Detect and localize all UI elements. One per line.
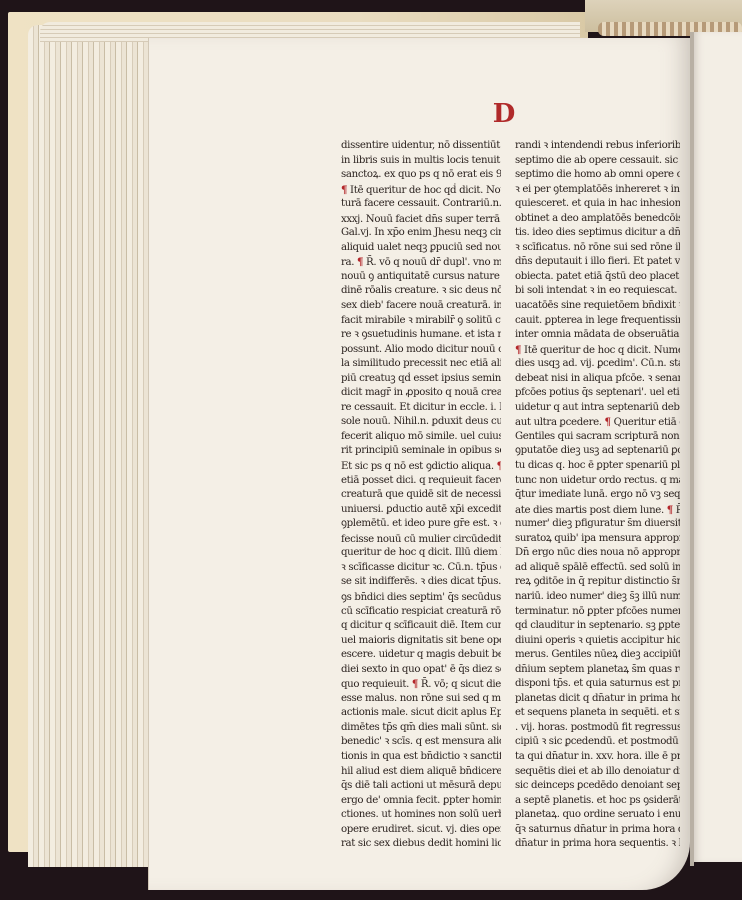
text-line: septimo die homo ab omni opere cessaret. [515,168,680,183]
text-line: piū creatuꝫ qḋ esset ipsius seminariū. E… [341,372,501,387]
text-line: uel maioris dignitatis sit bene operari … [341,634,501,649]
facing-page [694,32,742,862]
text-line: turā facere cessauit. Contrariū.n. dr̄ J… [341,197,501,212]
text-line: dn̄s deputauit i illo fieri. Et patet vi… [515,255,680,270]
page-stack-left [28,25,148,867]
text-line: dn̄atur in prima hora sequentis. ꝛ luna … [515,837,680,852]
text-line: diuini operis ꝛ quietis accipitur hic si… [515,634,680,649]
text-line: ꝛ scīficasse dicitur ꝛc. Cū.n. tp̄us q̄s… [341,561,501,576]
headline-initial: D [489,99,519,129]
text-line: dimētes tp̄s qm̄ dies mali sūnt. sic dic… [341,721,501,736]
text-line: cauit. ꝑpterea in lege frequentissime it… [515,314,680,329]
text-line: q̄tur imediate lunā. ergo nō vꝫ sequi im… [515,488,680,503]
text-line: ra. ¶ R̄. vō q nouū dr̄ dupl'. vno mō dr… [341,255,501,270]
pilcrow-rubric: ¶ [515,344,521,356]
text-line: disponi tp̄s. et quia saturnus est prim'… [515,677,680,692]
text-line: facit mirabile ꝛ mirabilr̄ ꝯ solitū curs… [341,314,501,329]
text-line: q̄s diē tali actioni ut mēsurā deputari.… [341,779,501,794]
text-line: hil aliud est diem aliquē bn̄dicere ꝛ sc… [341,765,501,780]
text-line: in libris suis in multis locis tenuit vi… [341,154,501,169]
text-line: nouū ꝯ antiquitatē cursus nature ꝛ ꝯsuet… [341,270,501,285]
text-line: inter omnia mādata de obseruātia sabbati… [515,328,680,343]
text-line: rit principiū seminale in opibus sex die… [341,444,501,459]
text-line: . vij. horas. postmodū fit regressus ad … [515,721,680,736]
page-edge [148,38,149,890]
book-photo-scene: D dissentire uidentur, nō dissentiūt. vn… [0,0,742,900]
text-line: planetaꝝ. quo ordine seruato i enumerādo [515,808,680,823]
text-line: escere. uidetur q magis debuit benedicer… [341,648,501,663]
text-line: a septē planetis. et hoc ps ꝯsiderāti or… [515,794,680,809]
text-line: tionis in qua est bn̄dictio ꝛ sanctifica… [341,750,501,765]
text-line: sequētis diei et ab illo denoiatur dies … [515,765,680,780]
pilcrow-rubric: ¶ [667,504,673,516]
text-line: rat sic sex diebus dedit homini licentiā… [341,837,501,852]
text-line: ctiones. ut homines non solū uerbo sꝫ et… [341,808,501,823]
text-line: opere erudiret. sicut. vj. dies operatus… [341,823,501,838]
text-line: diei sexto in quo opat' ē q̄s diez septi… [341,663,501,678]
text-line: sole nouū. Nihil.n. ꝑduxit deus cuius no… [341,415,501,430]
text-line: benedic' ꝛ scīs. q est mensura alicuius … [341,735,501,750]
text-line: tunc non uidetur ordo rectus. q mars nō … [515,474,680,489]
text-line: re cessauit. Et dicitur in eccle. i. Nih… [341,401,501,416]
text-line: qḋ clauditur in septenario. sꝫ ꝑpter pfc… [515,619,680,634]
text-line: Et sic ps q nō est ꝯdictio aliqua. ¶ Ali… [341,459,501,474]
text-line: actionis male. sicut dicit aplus Eph.v. … [341,706,501,721]
text-line: ad aliquē spālē effectū. sed solū in pri… [515,561,680,576]
text-line: uidetur q aut intra septenariū debē' sta… [515,401,680,416]
text-line: ꝯputatōe dieꝫ usꝫ ad septenariū ꝑcedūt S… [515,444,680,459]
pilcrow-rubric: ¶ [341,184,347,196]
text-line: fecisse nouū cū mulier circūdedit uiꝝ. ¶… [341,532,501,547]
text-line: uniuersi. ꝑductio autē xp̄i excedit uniu… [341,503,501,518]
text-line: queritur de hoc q dicit. Illū diem bn̄di… [341,546,501,561]
text-line: cū scīficatio respiciat creaturā rōnale … [341,605,501,620]
text-line: dinē rōalis creature. ꝛ sic deus nō cess… [341,284,501,299]
text-line: Dn̄ ergo nūc dies noua nō appropriatur [515,546,680,561]
pilcrow-rubric: ¶ [497,460,501,472]
text-line: Gentiles qui sacram scripturā non recipi… [515,430,680,445]
text-line: ate dies martis post diem lune. ¶ R̄. vō… [515,503,680,518]
text-line: se sit indifferēs. ꝛ dies dicat tp̄us. n… [341,575,501,590]
text-line: ¶ Itē queritur de hoc qḋ dicit. Nouā cre… [341,183,501,198]
text-line: cipiū ꝛ sic ꝑcedendū. et postmodū ille p… [515,735,680,750]
text-line: dissentire uidentur, nō dissentiūt. vn̄ … [341,139,501,154]
pilcrow-rubric: ¶ [412,678,418,690]
text-line: possunt. Alio modo dicitur nouū cuius nu… [341,343,501,358]
text-line: obtinet a deo amplatōēs benedcōis ꝛ scīt… [515,212,680,227]
text-line: aliquid ualet neqꝫ ꝑpuciū sed noua creat… [341,241,501,256]
text-line: esse malus. non rōne sui sed q mensura e… [341,692,501,707]
pilcrow-rubric: ¶ [357,256,363,268]
text-line: ꝛ scīficatus. nō rōne sui sed rōne illiu… [515,241,680,256]
text-line: dies usqꝫ ad. vij. ꝑcedim'. Cū.n. stat' … [515,357,680,372]
text-line: bi soli intendat ꝛ in eo requiescat. dū … [515,284,680,299]
text-line: quo requieuit. ¶ R̄. vō; q sicut dies di… [341,677,501,692]
text-column-left: dissentire uidentur, nō dissentiūt. vn̄ … [341,139,501,852]
text-line: ꝯs bn̄dici dies septim' q̄s secūdus. ¶ I… [341,590,501,605]
text-line: planetas dicit q dn̄atur in prima hora d… [515,692,680,707]
text-line: sic deinceps ꝑcedēdo denoiant septem die… [515,779,680,794]
pilcrow-rubric: ¶ [605,416,611,428]
text-line: dn̄ium septem planetaꝝ s̄m quas regi hꝫ … [515,663,680,678]
text-line: dicit magr̄ in ꝓposito q nouā creaturā f… [341,386,501,401]
text-line: aut ultra ꝑcedere. ¶ Queritur etiā quare [515,415,680,430]
text-line: reꝝ ꝯditōe in q̄ repitur distinctio s̄m … [515,575,680,590]
text-line: fecerit aliquo mō simile. uel cuius nō ꝑ… [341,430,501,445]
text-column-right: randi ꝛ intendendi rebus inferioribus. ꝛ… [515,139,680,852]
text-line: obiecta. patet etiā q̄stū deo placet q h… [515,270,680,285]
text-line: re ꝛ ꝯsuetudinis humane. et ista noua di… [341,328,501,343]
text-line: uacatōēs sine requietōem bn̄dixit ꝛ scīf… [515,299,680,314]
text-line: ¶ Itē queritur de hoc q dicit. Numerādo [515,343,680,358]
text-line: pfcōes potius q̄s septenari'. uel etiā d… [515,386,680,401]
text-line: la similitudo precessit nec etiā aliqḋ p… [341,357,501,372]
text-line: ta qui dn̄atur in. xxv. hora. ille ē pri… [515,750,680,765]
text-line: merus. Gentiles nūeꝝ dieꝫ accipiūt penes [515,648,680,663]
text-line: tis. ideo dies septimus dicitur a dn̄o b… [515,226,680,241]
text-line: numer' dieꝫ pfiguratur s̄m diuersitatē m… [515,517,680,532]
text-line: debeat nisi in aliqua pfcōe. ꝛ senarius … [515,372,680,387]
text-line: Gal.vj. In xp̄o enim Jhesu neqꝫ circūcis… [341,226,501,241]
text-line: terminatur. nō ꝑpter pfcōes numeri uel t… [515,605,680,620]
text-line: creaturā que quidē sit de necessitate pf… [341,488,501,503]
text-line: q̄ꝛ saturnus dn̄atur in prima hora diei.… [515,823,680,838]
text-line: sanctoꝝ. ex quo ps q nō erat eis 9rias. [341,168,501,183]
text-line: sex dieb' facere nouā creaturā. imo mult… [341,299,501,314]
gutter-shadow [690,32,694,866]
text-line: ergo de' omnia fecit. ꝑpter hominis inst… [341,794,501,809]
text-line: quiesceret. et quia in hac inhesione hom… [515,197,680,212]
text-line: xxxj. Nouū faciet dn̄s super terrā. ¶ It… [341,212,501,227]
text-line: q dicitur q scīficauit diē. Item cum equ… [341,619,501,634]
text-line: ꝯplemētū. et ideo pure gr̄e est. ꝛ dicit… [341,517,501,532]
text-line: nariū. ideo numer' dieꝫ s̄ꝫ illū numeꝝ s… [515,590,680,605]
text-line: ꝛ ei per ꝯtemplatōēs inhereret ꝛ inherēd… [515,183,680,198]
text-line: tu dicas q. hoc ē ꝑpter spenariū planeta… [515,459,680,474]
text-line: etiā posset dici. q requieuit facere nou… [341,474,501,489]
text-line: septimo die ab opere cessauit. sic uolui… [515,154,680,169]
text-line: et sequens planeta in sequēti. et sic us… [515,706,680,721]
text-line: randi ꝛ intendendi rebus inferioribus. ꝛ… [515,139,680,154]
text-line: suratoꝝ quib' ipa mensura appropriatur. [515,532,680,547]
